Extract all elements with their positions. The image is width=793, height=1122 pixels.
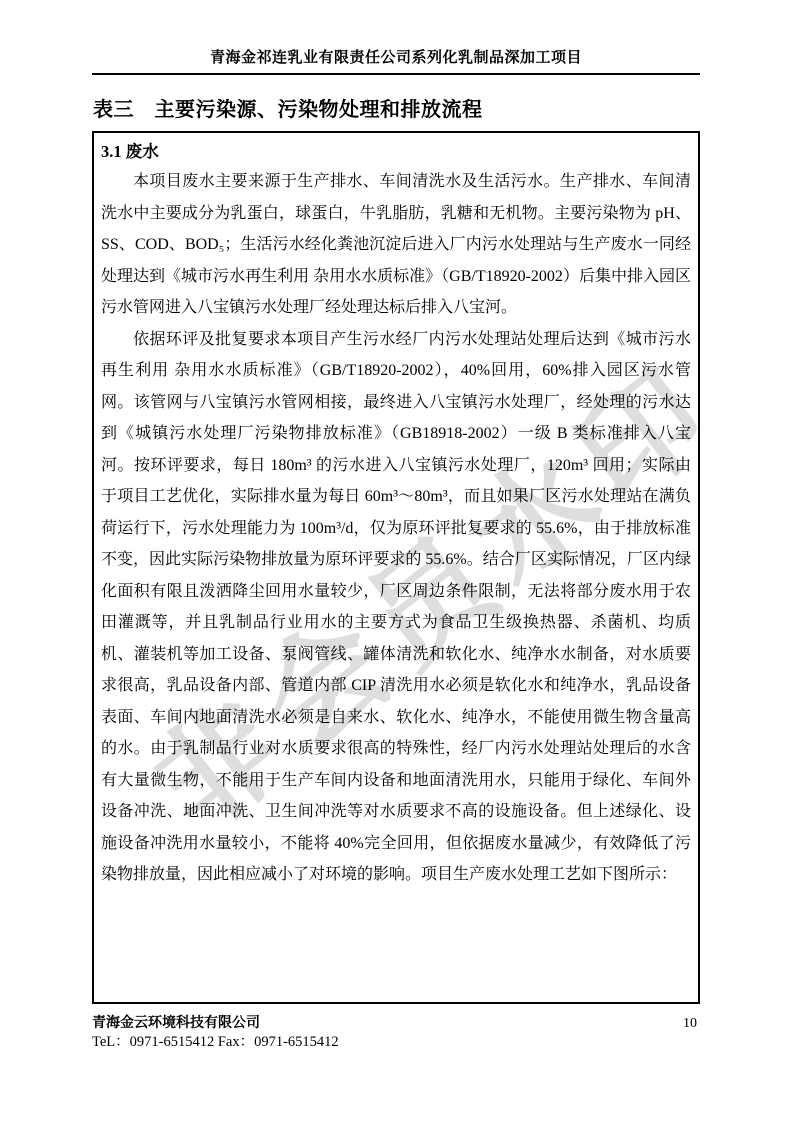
header-divider: [92, 73, 700, 75]
section-title: 表三 主要污染源、污染物处理和排放流程: [93, 93, 793, 122]
footer-contact-info: TeL：0971-6515412 Fax：0971-6515412: [92, 1032, 700, 1053]
paragraph-treatment-details: 依据环评及批复要求本项目产生污水经厂内污水处理站处理后达到《城市污水再生利用 杂…: [101, 324, 691, 891]
content-layer: 青海金祁连乳业有限责任公司系列化乳制品深加工项目 表三 主要污染源、污染物处理和…: [0, 0, 793, 1122]
page-footer: 青海金云环境科技有限公司 TeL：0971-6515412 Fax：0971-6…: [92, 1012, 700, 1053]
paragraph-wastewater-sources: 本项目废水主要来源于生产排水、车间清洗水及生活污水。生产排水、车间清洗水中主要成…: [101, 166, 691, 324]
content-box: 3.1 废水 本项目废水主要来源于生产排水、车间清洗水及生活污水。生产排水、车间…: [92, 131, 700, 1004]
page-number: 10: [683, 1016, 697, 1032]
document-page: 非会员水印 青海金祁连乳业有限责任公司系列化乳制品深加工项目 表三 主要污染源、…: [0, 0, 793, 1122]
subsection-heading: 3.1 废水: [101, 138, 691, 166]
document-header-title: 青海金祁连乳业有限责任公司系列化乳制品深加工项目: [92, 0, 700, 67]
footer-company-name: 青海金云环境科技有限公司: [92, 1012, 700, 1032]
